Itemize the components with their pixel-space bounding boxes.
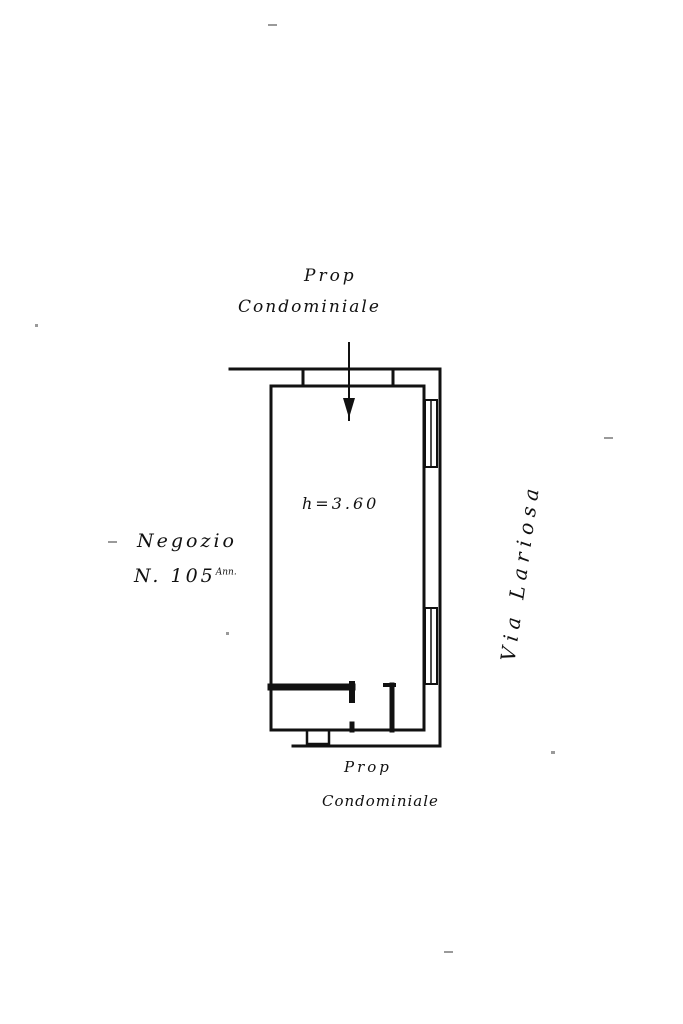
left-neighbor-sup: Ann. bbox=[216, 568, 237, 578]
scan-speck bbox=[108, 541, 117, 543]
room-height-label: h=3.60 bbox=[302, 494, 379, 513]
left-neighbor-number: N. 105 bbox=[134, 565, 216, 587]
bottom-neighbor-label-line1: Prop bbox=[344, 758, 392, 776]
entrance-arrow-head bbox=[343, 398, 355, 418]
scan-speck bbox=[551, 751, 555, 754]
bottom-step bbox=[307, 730, 329, 744]
top-neighbor-label-line2: Condominiale bbox=[238, 297, 381, 317]
scan-speck bbox=[226, 632, 229, 635]
scan-speck bbox=[268, 24, 277, 26]
left-neighbor-label-line2: N. 105Ann. bbox=[134, 565, 237, 587]
bottom-neighbor-label-line2: Condominiale bbox=[322, 792, 439, 810]
scan-speck bbox=[604, 437, 613, 439]
top-neighbor-label-line1: Prop bbox=[304, 266, 357, 286]
scan-speck bbox=[35, 324, 38, 327]
scan-speck bbox=[444, 951, 453, 953]
left-neighbor-label-line1: Negozio bbox=[137, 530, 237, 552]
